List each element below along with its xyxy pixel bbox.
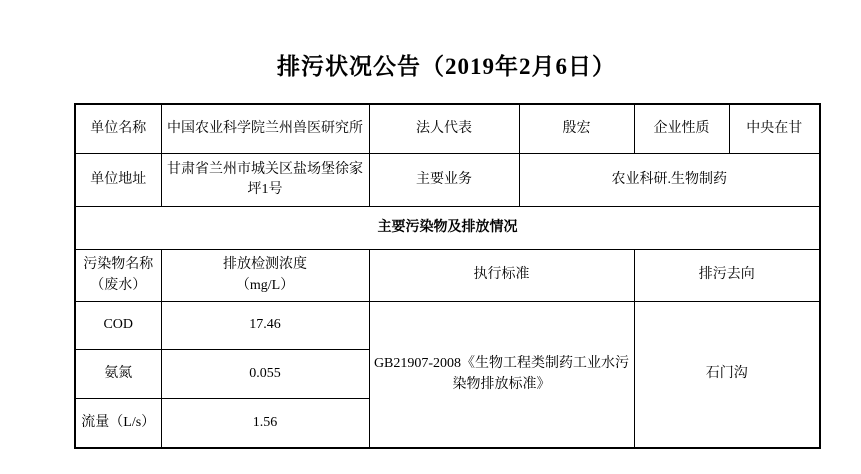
standard-value: GB21907-2008《生物工程类制药工业水污染物排放标准》 xyxy=(369,302,634,449)
destination-value: 石门沟 xyxy=(634,302,820,449)
pollutant-name-flow: 流量（L/s） xyxy=(75,399,161,449)
pollutant-name-header: 污染物名称 （废水） xyxy=(75,250,161,302)
unit-name-value: 中国农业科学院兰州兽医研究所 xyxy=(161,104,369,154)
pollutant-name-ammonia: 氨氮 xyxy=(75,350,161,399)
section-title: 主要污染物及排放情况 xyxy=(75,207,820,250)
table-row-unit-address: 单位地址 甘肃省兰州市城关区盐场堡徐家坪1号 主要业务 农业科研.生物制药 xyxy=(75,154,820,207)
standard-header: 执行标准 xyxy=(369,250,634,302)
destination-header: 排污去向 xyxy=(634,250,820,302)
unit-address-value: 甘肃省兰州市城关区盐场堡徐家坪1号 xyxy=(161,154,369,207)
concentration-header: 排放检测浓度 （mg/L） xyxy=(161,250,369,302)
pollutant-name-cod: COD xyxy=(75,302,161,350)
legal-rep-value: 殷宏 xyxy=(519,104,634,154)
table-row-pollutant-headers: 污染物名称 （废水） 排放检测浓度 （mg/L） 执行标准 排污去向 xyxy=(75,250,820,302)
pollutant-value-cod: 17.46 xyxy=(161,302,369,350)
main-business-value: 农业科研.生物制药 xyxy=(519,154,820,207)
unit-address-label: 单位地址 xyxy=(75,154,161,207)
document-page: 排污状况公告（2019年2月6日） 单位名称 中国农业科学院兰州兽医研究所 法人… xyxy=(0,0,861,474)
page-title: 排污状况公告（2019年2月6日） xyxy=(74,48,819,81)
pollutant-value-ammonia: 0.055 xyxy=(161,350,369,399)
enterprise-nature-label: 企业性质 xyxy=(634,104,729,154)
pollutant-value-flow: 1.56 xyxy=(161,399,369,449)
announcement-table: 单位名称 中国农业科学院兰州兽医研究所 法人代表 殷宏 企业性质 中央在甘 单位… xyxy=(74,103,821,449)
table-row-cod: COD 17.46 GB21907-2008《生物工程类制药工业水污染物排放标准… xyxy=(75,302,820,350)
enterprise-nature-value: 中央在甘 xyxy=(729,104,820,154)
table-row-section-title: 主要污染物及排放情况 xyxy=(75,207,820,250)
table-row-unit-name: 单位名称 中国农业科学院兰州兽医研究所 法人代表 殷宏 企业性质 中央在甘 xyxy=(75,104,820,154)
unit-name-label: 单位名称 xyxy=(75,104,161,154)
main-business-label: 主要业务 xyxy=(369,154,519,207)
legal-rep-label: 法人代表 xyxy=(369,104,519,154)
